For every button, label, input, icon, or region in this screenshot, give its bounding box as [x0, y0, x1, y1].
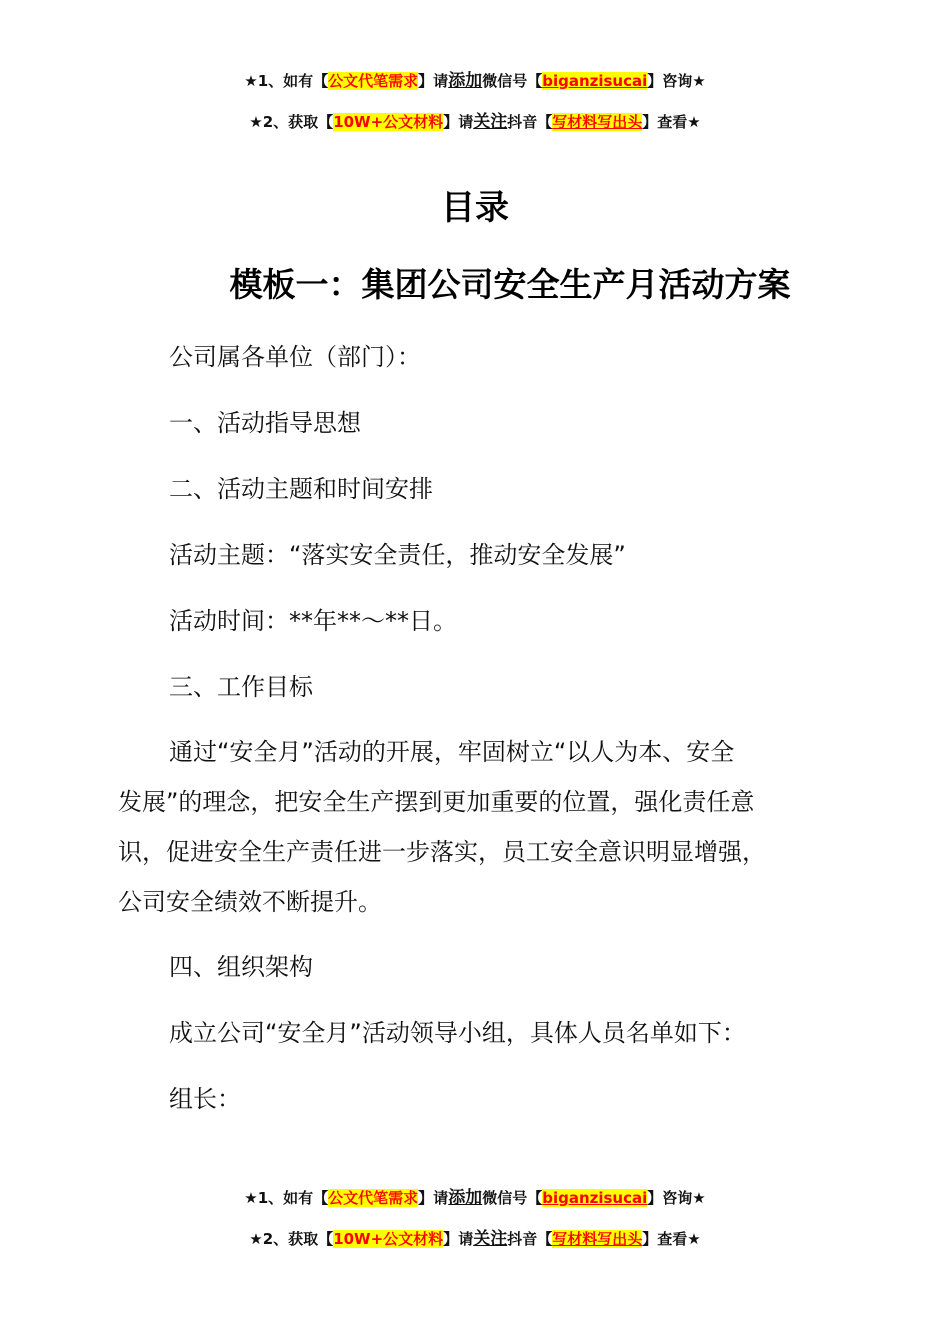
ad-text: 微信号【	[482, 1189, 542, 1207]
ad-suffix: 】查看★	[642, 1230, 700, 1248]
paragraph-line: 识，促进安全生产责任进一步落实，员工安全意识明显增强，	[118, 827, 838, 877]
section-heading-3: 三、工作目标	[169, 662, 889, 712]
ad-prefix: ★1、如有【	[244, 72, 328, 90]
org-intro: 成立公司“安全月”活动领导小组，具体人员名单如下：	[169, 1008, 889, 1058]
ad-text: 】请	[443, 113, 473, 131]
paragraph-line: 发展”的理念，把安全生产摆到更加重要的位置，强化责任意	[118, 777, 838, 827]
ad-emphasis: 添加	[448, 1188, 482, 1208]
ad-text: 】请	[443, 1230, 473, 1248]
toc-title: 目录	[0, 186, 950, 230]
document-title: 模板一：集团公司安全生产月活动方案	[35, 262, 950, 308]
header-ad-line-2: ★2、获取【10W+公文材料】请关注抖音【写材料写出头】查看★	[0, 112, 950, 132]
ad-suffix: 】咨询★	[647, 72, 705, 90]
section-heading-4: 四、组织架构	[169, 942, 889, 992]
goal-paragraph: 通过“安全月”活动的开展，牢固树立“以人为本、安全 发展”的理念，把安全生产摆到…	[118, 727, 838, 927]
ad-text: 抖音【	[507, 113, 552, 131]
ad-highlight: 10W+公文材料	[333, 113, 443, 131]
header-ad-line-1: ★1、如有【公文代笔需求】请添加微信号【biganzisucai】咨询★	[0, 71, 950, 91]
ad-emphasis: 关注	[473, 112, 507, 132]
footer-ad-line-2: ★2、获取【10W+公文材料】请关注抖音【写材料写出头】查看★	[0, 1229, 950, 1249]
section-heading-1: 一、活动指导思想	[169, 398, 889, 448]
salutation: 公司属各单位（部门）：	[169, 332, 889, 382]
ad-highlight: 公文代笔需求	[328, 1189, 418, 1207]
ad-highlight: 公文代笔需求	[328, 72, 418, 90]
wechat-id-highlight: biganzisucai	[542, 1189, 647, 1207]
ad-prefix: ★1、如有【	[244, 1189, 328, 1207]
activity-time: 活动时间：**年**～**日。	[169, 596, 889, 646]
wechat-id-highlight: biganzisucai	[542, 72, 647, 90]
ad-emphasis: 添加	[448, 71, 482, 91]
ad-highlight: 10W+公文材料	[333, 1230, 443, 1248]
ad-text: 微信号【	[482, 72, 542, 90]
ad-text: 】请	[418, 1189, 448, 1207]
leader-label: 组长：	[169, 1074, 889, 1124]
paragraph-line: 通过“安全月”活动的开展，牢固树立“以人为本、安全	[118, 727, 838, 777]
douyin-id-highlight: 写材料写出头	[552, 1230, 642, 1248]
activity-theme: 活动主题：“落实安全责任，推动安全发展”	[169, 530, 889, 580]
ad-suffix: 】咨询★	[647, 1189, 705, 1207]
section-heading-2: 二、活动主题和时间安排	[169, 464, 889, 514]
ad-emphasis: 关注	[473, 1229, 507, 1249]
ad-suffix: 】查看★	[642, 113, 700, 131]
footer-ad-line-1: ★1、如有【公文代笔需求】请添加微信号【biganzisucai】咨询★	[0, 1188, 950, 1208]
paragraph-line: 公司安全绩效不断提升。	[118, 877, 838, 927]
ad-prefix: ★2、获取【	[249, 1230, 333, 1248]
ad-prefix: ★2、获取【	[249, 113, 333, 131]
ad-text: 抖音【	[507, 1230, 552, 1248]
douyin-id-highlight: 写材料写出头	[552, 113, 642, 131]
ad-text: 】请	[418, 72, 448, 90]
